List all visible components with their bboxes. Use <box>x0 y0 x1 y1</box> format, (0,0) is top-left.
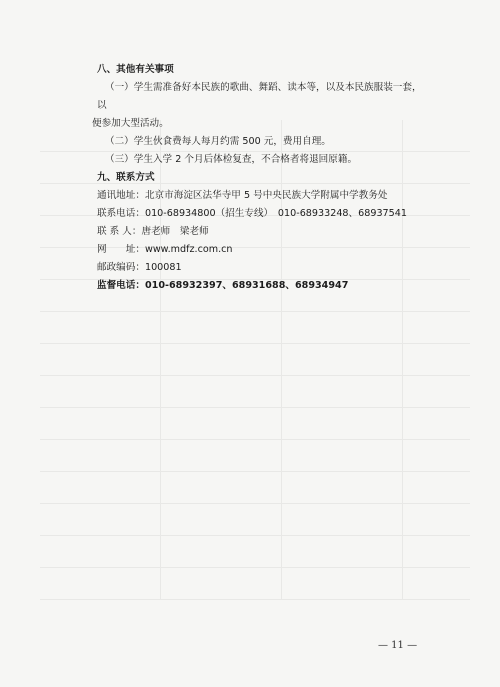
section-8-item-1-cont: 便参加大型活动。 <box>92 115 427 133</box>
section-8-item-2: （二）学生伙食费每人每月约需 500 元，费用自理。 <box>97 133 427 151</box>
contact-person: 联 系 人：唐老师 梁老师 <box>97 223 427 241</box>
document-page: 八、其他有关事项 （一）学生需准备好本民族的歌曲、舞蹈、读本等，以及本民族服装一… <box>0 0 500 687</box>
contact-website: 网 址：www.mdfz.com.cn <box>97 241 427 259</box>
page-number: — 11 — <box>378 640 417 651</box>
section-9-heading: 九、联系方式 <box>97 169 427 187</box>
section-8-heading: 八、其他有关事项 <box>97 61 427 79</box>
contact-postcode: 邮政编码：100081 <box>97 259 427 277</box>
section-8-item-3: （三）学生入学 2 个月后体检复查，不合格者将退回原籍。 <box>97 151 427 169</box>
contact-address: 通讯地址：北京市海淀区法华寺甲 5 号中央民族大学附属中学教务处 <box>97 187 427 205</box>
contact-phone: 联系电话：010-68934800（招生专线） 010-68933248、689… <box>97 205 427 223</box>
supervision-phone: 监督电话：010-68932397、68931688、68934947 <box>97 277 427 295</box>
document-body: 八、其他有关事项 （一）学生需准备好本民族的歌曲、舞蹈、读本等，以及本民族服装一… <box>97 61 427 295</box>
section-8-item-1: （一）学生需准备好本民族的歌曲、舞蹈、读本等，以及本民族服装一套，以 <box>97 79 427 115</box>
